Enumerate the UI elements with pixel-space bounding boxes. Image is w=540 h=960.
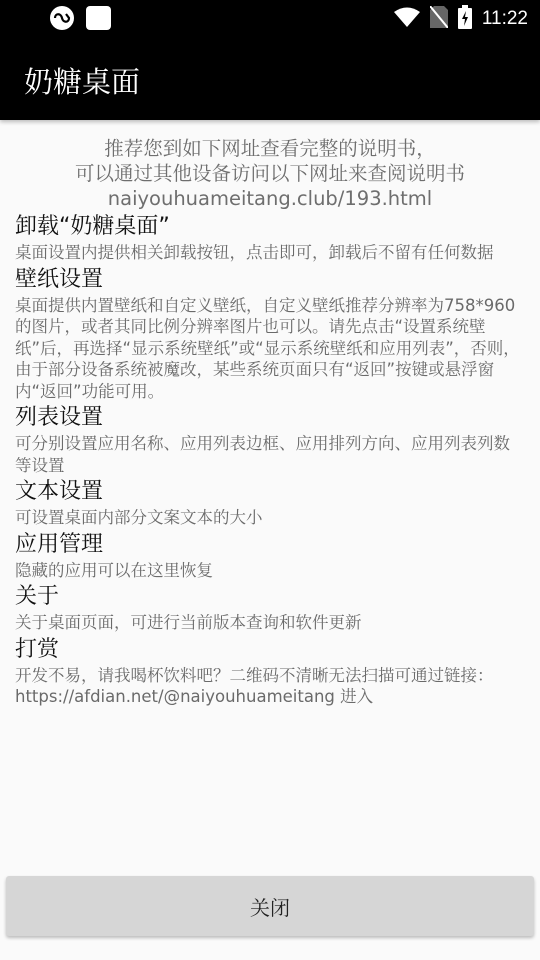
section-text-settings: 文本设置 可设置桌面内部分文案文本的大小	[15, 477, 525, 529]
page-title: 奶糖桌面	[24, 60, 140, 101]
app-bar: 奶糖桌面	[0, 36, 540, 120]
section-desc: 桌面提供内置壁纸和自定义壁纸，自定义壁纸推荐分辨率为758*960的图片，或者其…	[15, 295, 525, 403]
wifi-icon	[394, 7, 420, 31]
section-title: 壁纸设置	[15, 265, 525, 295]
section-desc: 可设置桌面内部分文案文本的大小	[15, 507, 525, 529]
section-title: 文本设置	[15, 477, 525, 507]
section-title: 卸载“奶糖桌面”	[15, 212, 525, 242]
section-title: 打赏	[15, 635, 525, 665]
section-desc: 桌面设置内提供相关卸载按钮，点击即可，卸载后不留有任何数据	[15, 242, 525, 264]
section-title: 列表设置	[15, 403, 525, 433]
status-bar: 11:22	[0, 0, 540, 36]
blank-notification-icon	[86, 6, 111, 30]
intro-url: naiyouhuameitang.club/193.html	[15, 186, 525, 211]
clock: 11:22	[482, 8, 528, 30]
section-uninstall: 卸载“奶糖桌面” 桌面设置内提供相关卸载按钮，点击即可，卸载后不留有任何数据	[15, 212, 525, 264]
section-title: 应用管理	[15, 530, 525, 560]
section-app-management: 应用管理 隐藏的应用可以在这里恢复	[15, 530, 525, 582]
battery-charging-icon	[458, 5, 472, 33]
section-title: 关于	[15, 582, 525, 612]
section-desc: 隐藏的应用可以在这里恢复	[15, 560, 525, 582]
section-desc: 开发不易，请我喝杯饮料吧？二维码不清晰无法扫描可通过链接： https://af…	[15, 665, 525, 708]
section-desc: 可分别设置应用名称、应用列表边框、应用排列方向、应用列表列数等设置	[15, 433, 525, 476]
app-notification-icon	[50, 6, 74, 30]
no-sim-icon	[430, 6, 448, 32]
instructions-content: 推荐您到如下网址查看完整的说明书， 可以通过其他设备访问以下网址来查阅说明书 n…	[15, 136, 525, 708]
intro-text: 推荐您到如下网址查看完整的说明书， 可以通过其他设备访问以下网址来查阅说明书 n…	[15, 136, 525, 211]
section-about: 关于 关于桌面页面，可进行当前版本查询和软件更新	[15, 582, 525, 634]
section-list-settings: 列表设置 可分别设置应用名称、应用列表边框、应用排列方向、应用列表列数等设置	[15, 403, 525, 476]
section-donate: 打赏 开发不易，请我喝杯饮料吧？二维码不清晰无法扫描可通过链接： https:/…	[15, 635, 525, 708]
section-wallpaper: 壁纸设置 桌面提供内置壁纸和自定义壁纸，自定义壁纸推荐分辨率为758*960的图…	[15, 265, 525, 403]
intro-line-2: 可以通过其他设备访问以下网址来查阅说明书	[15, 161, 525, 186]
section-desc: 关于桌面页面，可进行当前版本查询和软件更新	[15, 612, 525, 634]
close-button[interactable]: 关闭	[6, 876, 534, 936]
intro-line-1: 推荐您到如下网址查看完整的说明书，	[15, 136, 525, 161]
